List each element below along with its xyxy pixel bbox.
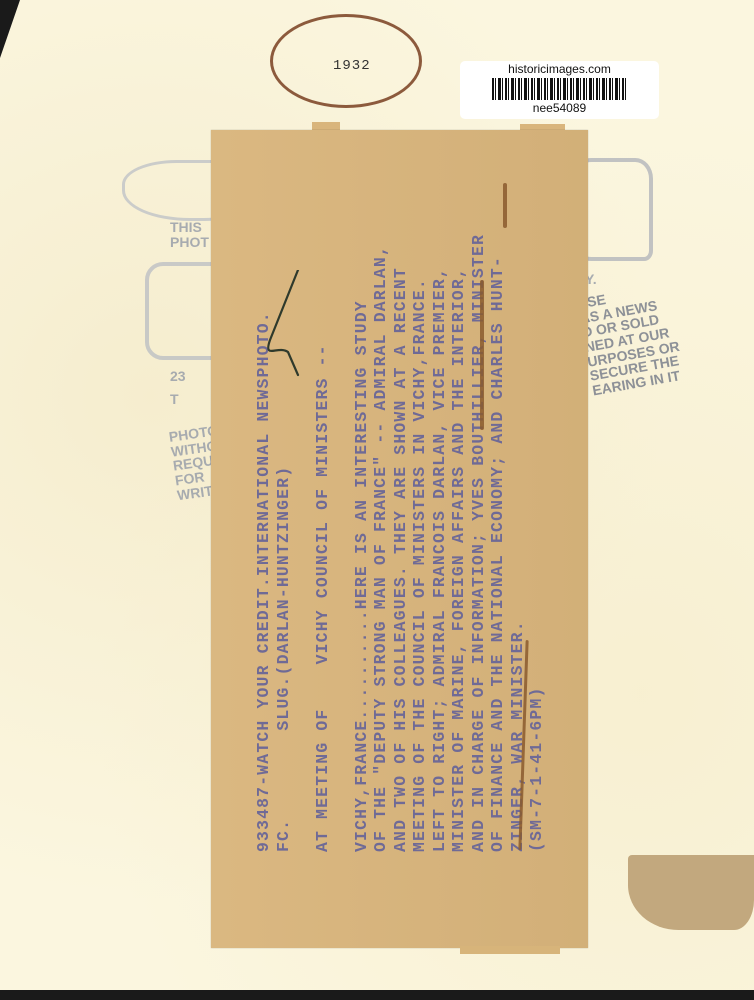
torn-corner (0, 0, 20, 58)
clipping-flap (460, 946, 560, 954)
signature-mark-icon (258, 270, 318, 390)
caption-line: OF FINANCE AND THE NATIONAL ECONOMY; AND… (488, 152, 508, 852)
caption-line: 933487-WATCH YOUR CREDIT.INTERNATIONAL N… (254, 152, 274, 852)
label-id: nee54089 (460, 101, 659, 115)
barcode-label: historicimages.com nee54089 (460, 61, 659, 119)
caption-line: MINISTER OF MARINE, FOREIGN AFFAIRS AND … (449, 152, 469, 852)
stamp-line: T (170, 392, 209, 407)
pencil-mark (503, 183, 507, 228)
caption-line: VICHY,FRANCE..........HERE IS AN INTERES… (352, 152, 372, 852)
stamp-line: THIS (170, 220, 209, 235)
stamp-line: PHOT (170, 235, 209, 250)
year-annotation: 1932 (333, 58, 371, 74)
label-site: historicimages.com (460, 62, 659, 76)
barcode-icon (492, 78, 627, 100)
caption-line (293, 152, 313, 852)
stain (628, 855, 754, 930)
caption-line: LEFT TO RIGHT; ADMIRAL FRANCOIS DARLAN, … (430, 152, 450, 852)
caption-line: AND IN CHARGE OF INFORMATION; YVES BOUTH… (469, 152, 489, 852)
stamp-text-right: NSE AS A NEWS D OR SOLD NED AT OUR URPOS… (576, 281, 686, 398)
stamp-line: 23 (170, 369, 209, 384)
caption-line (332, 152, 352, 852)
caption-line: MEETING OF THE COUNCIL OF MINISTERS IN V… (410, 152, 430, 852)
caption-line: OF THE "DEPUTY STRONG MAN OF FRANCE" -- … (371, 152, 391, 852)
caption-line: (SM-7-1-41-6PM) (527, 152, 547, 852)
caption-line: AT MEETING OF VICHY COUNCIL OF MINISTERS… (313, 152, 333, 852)
pencil-mark (480, 280, 484, 430)
caption-line: FC. SLUG.(DARLAN-HUNTZINGER) (274, 152, 294, 852)
caption-line: AND TWO OF HIS COLLEAGUES. THEY ARE SHOW… (391, 152, 411, 852)
stamp-text-left: THIS PHOT 23 T (170, 220, 209, 407)
typed-caption: 933487-WATCH YOUR CREDIT.INTERNATIONAL N… (254, 152, 544, 852)
